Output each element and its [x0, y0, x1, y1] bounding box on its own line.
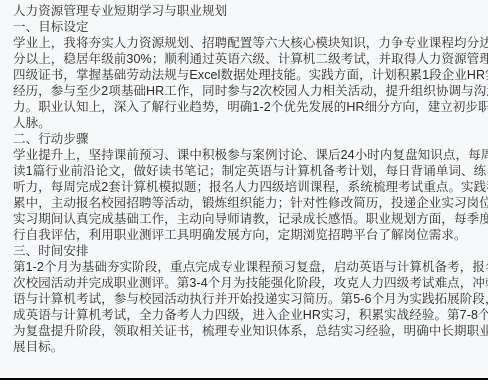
document-page: 人力资源管理专业短期学习与职业规划 一、目标设定 学业上，我将夯实人力资源规划、… — [0, 0, 488, 378]
text-line: 力。职业认知上，深入了解行业趋势，明确1-2个优先发展的HR细分方向，建立初步职… — [13, 99, 479, 115]
section-heading-actions: 二、行动步骤 — [13, 131, 479, 147]
text-line: 实习期间认真完成基础工作，主动向导师请教，记录成长感悟。职业规划方面，每季度进 — [13, 211, 479, 227]
section-heading-timeline: 三、时间安排 — [13, 243, 479, 259]
text-line: 展目标。 — [13, 339, 479, 355]
text-line: 第1-2个月为基础夯实阶段，重点完成专业课程预习复盘，启动英语与计算机备考，报名… — [13, 259, 479, 275]
document-title: 人力资源管理专业短期学习与职业规划 — [13, 3, 479, 19]
text-line: 学业提升上，坚持课前预习、课中积极参与案例讨论、课后24小时内复盘知识点，每周阅 — [13, 147, 479, 163]
text-line: 为复盘提升阶段，领取相关证书，梳理专业知识体系，总结实习经验，明确中长期职业发 — [13, 323, 479, 339]
text-line: 人脉。 — [13, 115, 479, 131]
text-line: 四级证书，掌握基础劳动法规与Excel数据处理技能。实践方面，计划积累1段企业H… — [13, 67, 479, 83]
section-heading-goals: 一、目标设定 — [13, 19, 479, 35]
text-line: 成英语与计算机考试，全力备考人力四级，进入企业HR实习，积累实战经验。第7-8个… — [13, 307, 479, 323]
text-line: 经历，参与至少2项基础HR工作，同时参与2次校园人力相关活动，提升组织协调与沟通… — [13, 83, 479, 99]
text-line: 学业上，我将夯实人力资源规划、招聘配置等六大核心模块知识，力争专业课程均分达85 — [13, 35, 479, 51]
text-line: 累中，主动报名校园招聘等活动，锻炼组织能力；针对性修改简历，投递企业实习岗位； — [13, 195, 479, 211]
text-line: 听力，每周完成2套计算机模拟题；报名人力四级培训课程，系统梳理考试重点。实践积 — [13, 179, 479, 195]
text-line: 语与计算机考试，参与校园活动执行并开始投递实习简历。第5-6个月为实践拓展阶段，… — [13, 291, 479, 307]
text-line: 次校园活动并完成职业测评。第3-4个月为技能强化阶段，攻克人力四级考试难点，冲刺… — [13, 275, 479, 291]
bottom-margin — [0, 380, 488, 384]
text-line: 分以上，稳居年级前30%；顺利通过英语六级、计算机二级考试，并取得人力资源管理师 — [13, 51, 479, 67]
text-line: 读1篇行业前沿论文，做好读书笔记；制定英语与计算机备考计划，每日背诵单词、练习 — [13, 163, 479, 179]
text-line: 行自我评估，利用职业测评工具明确发展方向，定期浏览招聘平台了解岗位需求。 — [13, 227, 479, 243]
